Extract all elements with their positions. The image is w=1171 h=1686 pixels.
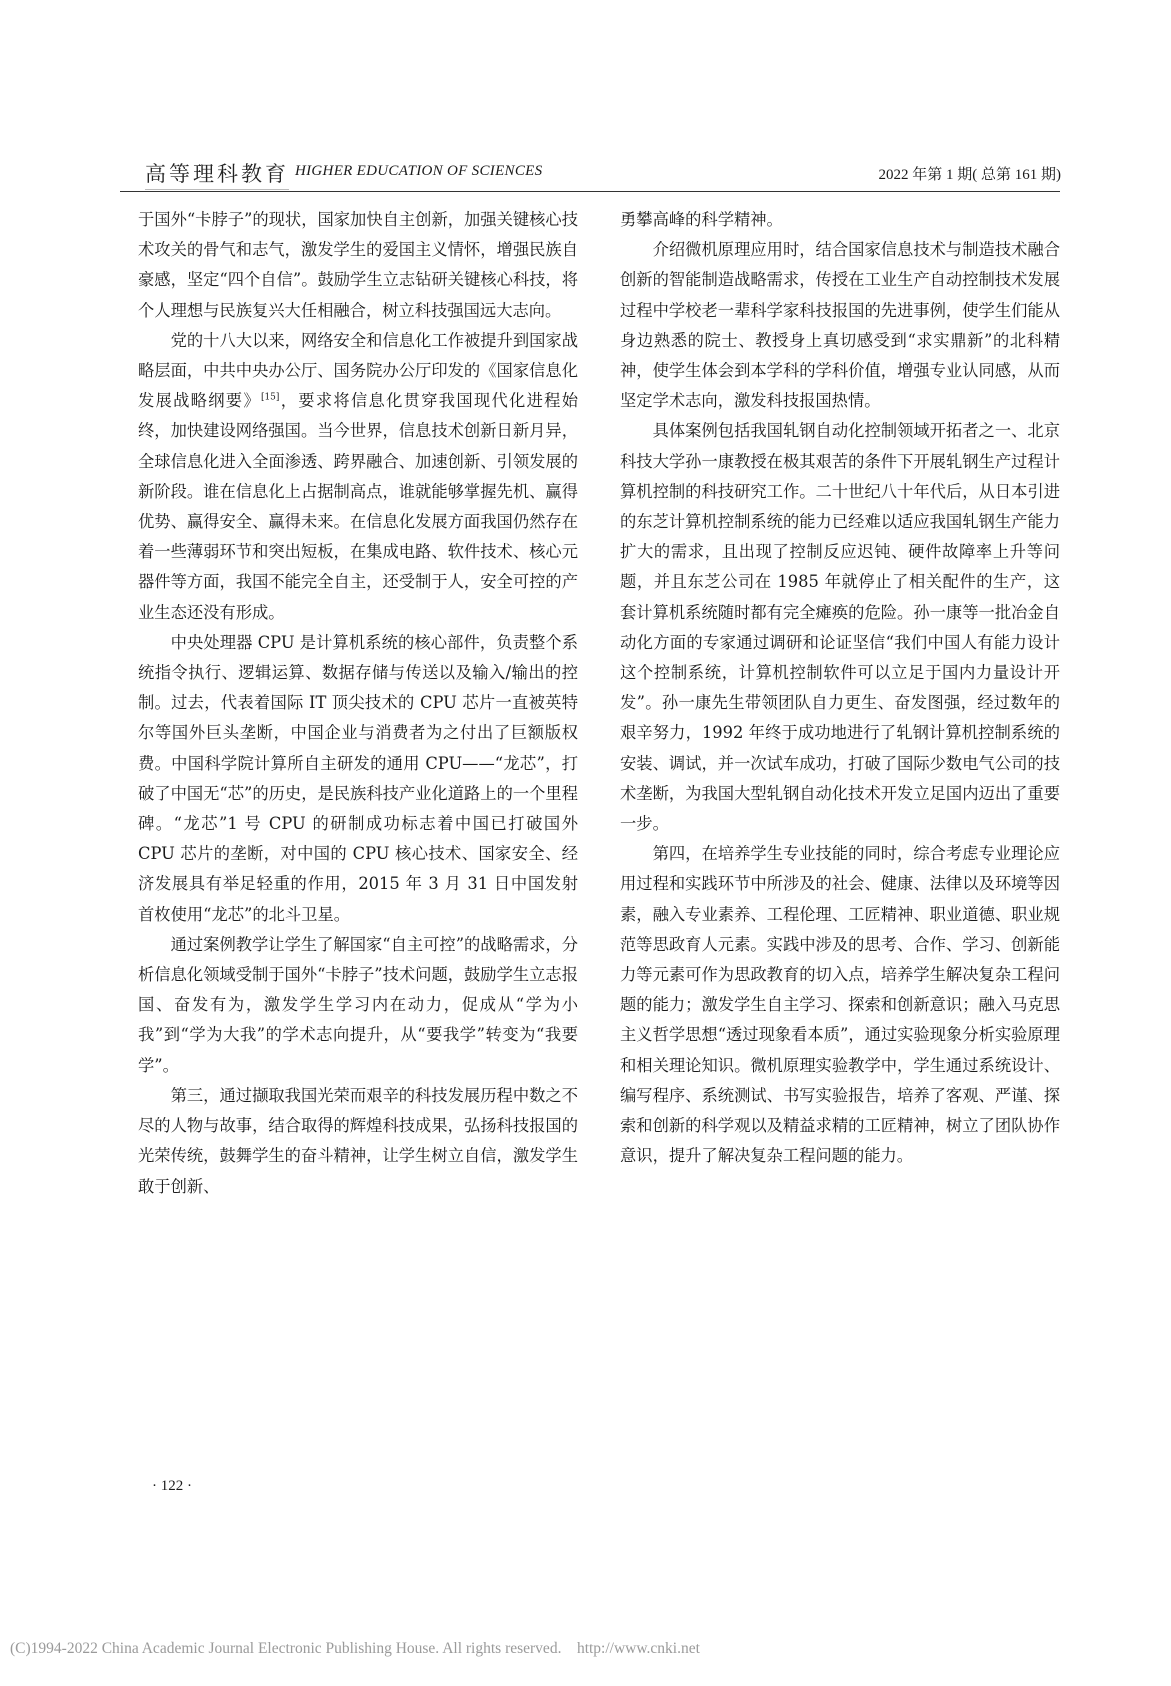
paragraph: 介绍微机原理应用时，结合国家信息技术与制造技术融合创新的智能制造战略需求，传授在… (620, 235, 1060, 416)
citation-ref[interactable]: [15] (261, 393, 279, 403)
paragraph: 第四，在培养学生专业技能的同时，综合考虑专业理论应用过程和实践环节中所涉及的社会… (620, 839, 1060, 1171)
page-number: · 122 · (152, 1478, 192, 1495)
paragraph-text: ，要求将信息化贯穿我国现代化进程始终，加快建设网络强国。当今世界，信息技术创新日… (138, 391, 578, 621)
header-rule (120, 191, 1060, 192)
paragraph: 于国外“卡脖子”的现状，国家加快自主创新，加强关键核心技术攻关的骨气和志气，激发… (138, 205, 578, 326)
left-column: 于国外“卡脖子”的现状，国家加快自主创新，加强关键核心技术攻关的骨气和志气，激发… (138, 205, 578, 1202)
running-header: 高等理科教育 HIGHER EDUCATION OF SCIENCES 2022… (145, 158, 1061, 186)
paragraph: 通过案例教学让学生了解国家“自主可控”的战略需求，分析信息化领域受制于国外“卡脖… (138, 930, 578, 1081)
journal-title-en: HIGHER EDUCATION OF SCIENCES (295, 163, 542, 180)
right-column: 勇攀高峰的科学精神。 介绍微机原理应用时，结合国家信息技术与制造技术融合创新的智… (620, 205, 1060, 1172)
paragraph: 具体案例包括我国轧钢自动化控制领域开拓者之一、北京科技大学孙一康教授在极其艰苦的… (620, 416, 1060, 839)
journal-title-cn: 高等理科教育 (145, 158, 289, 190)
issue-info: 2022 年第 1 期( 总第 161 期) (879, 163, 1062, 184)
paragraph: 勇攀高峰的科学精神。 (620, 205, 1060, 235)
copyright-notice: (C)1994-2022 China Academic Journal Elec… (10, 1640, 700, 1658)
paragraph: 中央处理器 CPU 是计算机系统的核心部件，负责整个系统指令执行、逻辑运算、数据… (138, 628, 578, 930)
paragraph: 第三，通过撷取我国光荣而艰辛的科技发展历程中数之不尽的人物与故事，结合取得的辉煌… (138, 1081, 578, 1202)
paragraph: 党的十八大以来，网络安全和信息化工作被提升到国家战略层面，中共中央办公厅、国务院… (138, 326, 578, 628)
